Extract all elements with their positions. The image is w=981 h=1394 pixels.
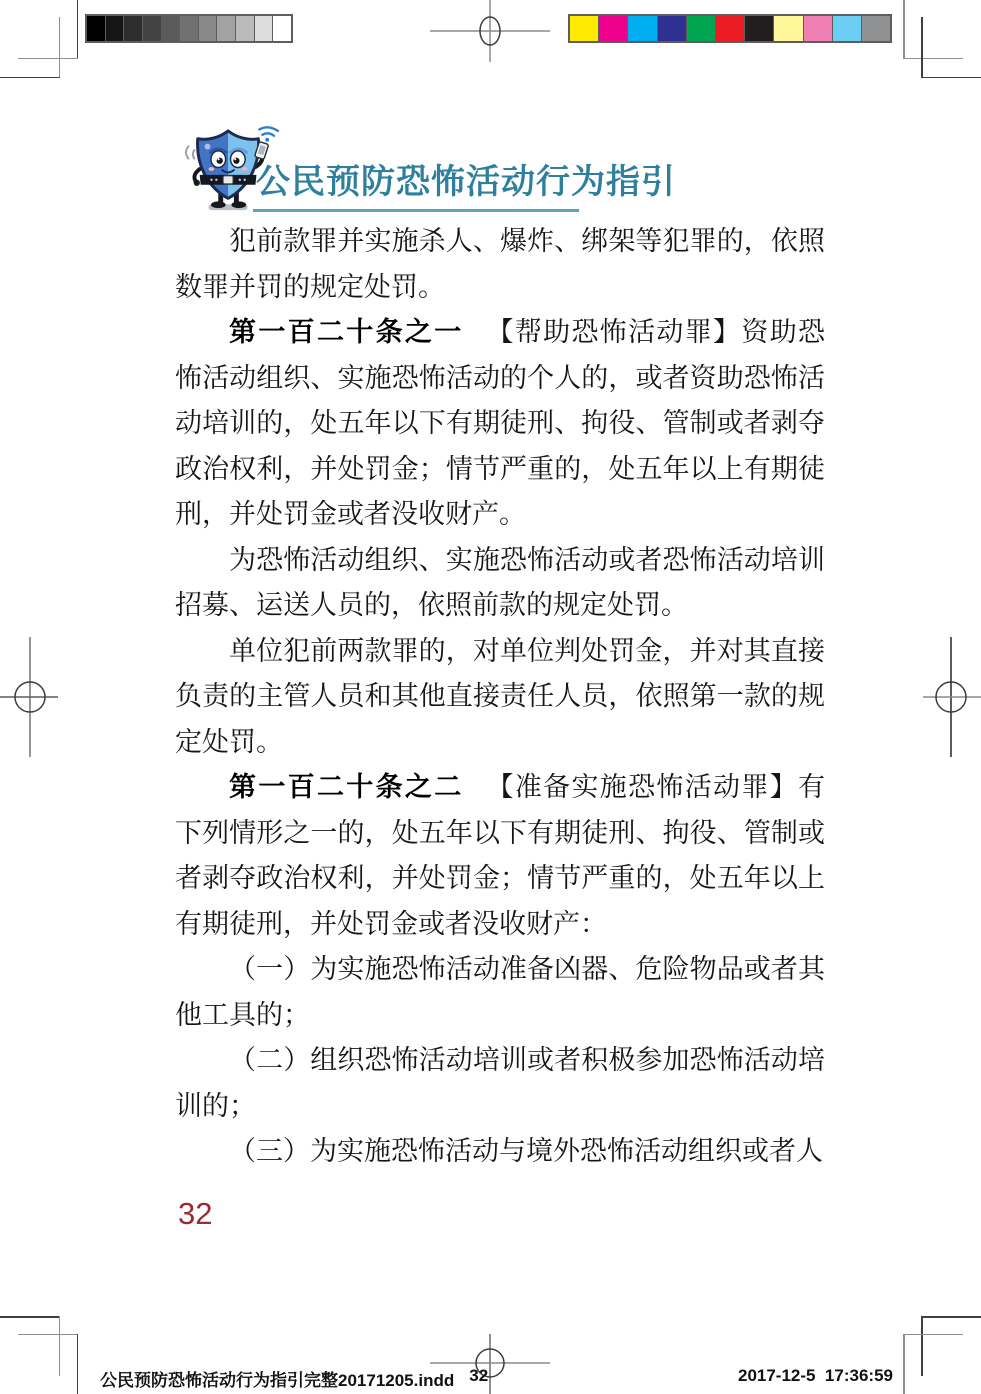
print-proof-page: 公民预防恐怖活动行为指引 犯前款罪并实施杀人、爆炸、绑架等犯罪的，依照数罪并罚的… — [0, 0, 981, 1394]
paragraph-unit-crime: 单位犯前两款罪的，对单位判处罚金，并对其直接负责的主管人员和其他直接责任人员，依… — [175, 629, 825, 766]
color-swatch — [774, 16, 803, 41]
color-calibration-bar — [568, 14, 892, 43]
color-swatch — [804, 16, 833, 41]
color-swatch — [716, 16, 745, 41]
color-swatch — [143, 16, 162, 41]
color-swatch — [658, 16, 687, 41]
article-120-2-label: 第一百二十条之二 — [229, 772, 464, 802]
paragraph-article-120-2: 第一百二十条之二【准备实施恐怖活动罪】有下列情形之一的，处五年以下有期徒刑、拘役… — [175, 765, 825, 947]
color-swatch — [570, 16, 599, 41]
registration-mark-right — [921, 637, 981, 757]
color-swatch — [273, 16, 291, 41]
color-swatch — [217, 16, 236, 41]
list-item-1: （一）为实施恐怖活动准备凶器、危险物品或者其他工具的； — [175, 947, 825, 1038]
color-swatch — [199, 16, 218, 41]
footer-file-page: 32 — [469, 1366, 488, 1391]
color-swatch — [87, 16, 106, 41]
color-swatch — [599, 16, 628, 41]
registration-mark-top — [430, 0, 550, 62]
article-120-1-label: 第一百二十条之一 — [229, 317, 464, 347]
color-swatch — [833, 16, 862, 41]
grayscale-calibration-bar — [85, 14, 293, 43]
color-swatch — [687, 16, 716, 41]
footer-timestamp: 2017-12-5 17:36:59 — [738, 1366, 893, 1386]
color-swatch — [124, 16, 143, 41]
page-header-title: 公民预防恐怖活动行为指引 — [256, 160, 586, 204]
paragraph-continuation: 犯前款罪并实施杀人、爆炸、绑架等犯罪的，依照数罪并罚的规定处罚。 — [175, 219, 825, 310]
color-swatch — [628, 16, 657, 41]
paragraph-recruiting: 为恐怖活动组织、实施恐怖活动或者恐怖活动培训招募、运送人员的，依照前款的规定处罚… — [175, 538, 825, 629]
body-text: 犯前款罪并实施杀人、爆炸、绑架等犯罪的，依照数罪并罚的规定处罚。 第一百二十条之… — [175, 219, 825, 1175]
registration-mark-left — [0, 637, 60, 757]
article-120-1-text: 【帮助恐怖活动罪】资助恐怖活动组织、实施恐怖活动的个人的，或者资助恐怖活动培训的… — [175, 317, 825, 529]
paragraph-article-120-1: 第一百二十条之一【帮助恐怖活动罪】资助恐怖活动组织、实施恐怖活动的个人的，或者资… — [175, 310, 825, 538]
title-underline — [253, 209, 579, 212]
footer-slug: 公民预防恐怖活动行为指引完整20171205.indd 32 — [100, 1366, 488, 1391]
color-swatch — [255, 16, 274, 41]
color-swatch — [236, 16, 255, 41]
color-swatch — [862, 16, 890, 41]
page-number: 32 — [178, 1196, 212, 1232]
list-item-2: （二）组织恐怖活动培训或者积极参加恐怖活动培训的； — [175, 1038, 825, 1129]
color-swatch — [106, 16, 125, 41]
color-swatch — [180, 16, 199, 41]
color-swatch — [162, 16, 181, 41]
color-swatch — [745, 16, 774, 41]
footer-filename: 公民预防恐怖活动行为指引完整20171205.indd — [100, 1366, 454, 1391]
list-item-3: （三）为实施恐怖活动与境外恐怖活动组织或者人 — [175, 1129, 825, 1175]
